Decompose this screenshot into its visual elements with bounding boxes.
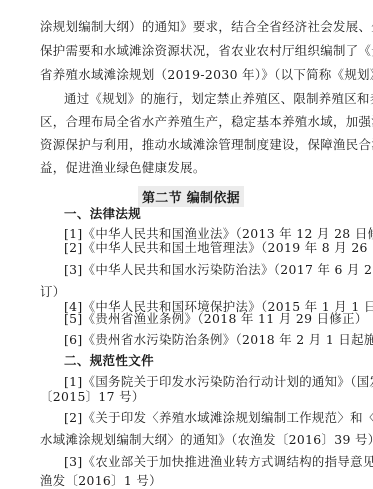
normative-item-2-cont: 水域滩涂规划编制大纲〉的通知》（农渔发〔2016〕39 号） [40, 432, 320, 448]
normative-item-1-cont: 〔2015〕17 号） [40, 389, 320, 405]
law-item-3: [3]《中华人民共和国水污染防治法》（2017 年 6 月 27 日修 [64, 262, 320, 278]
normative-item-3-cont: 渔发〔2016〕1 号） [40, 473, 320, 489]
intro-line-2: 保护需要和水域滩涂资源状况，省农业农村厅组织编制了《贵州 [40, 43, 320, 59]
intro-line-3: 省养殖水域滩涂规划（2019-2030 年）》（以下简称《规划》。 [40, 67, 320, 83]
normative-item-1: [1]《国务院关于印发水污染防治行动计划的通知》（国发 [64, 374, 320, 390]
law-item-3-cont: 订） [40, 284, 320, 300]
purpose-line-3: 资源保护与利用，推动水域滩涂管理制度建设，保障渔民合法权 [40, 137, 320, 153]
purpose-line-2: 区，合理布局全省水产养殖生产，稳定基本养殖水域，加强渔业 [40, 114, 320, 130]
law-item-2: [2]《中华人民共和国土地管理法》（2019 年 8 月 26 日修订） [64, 240, 320, 256]
document-page: 涂规划编制大纲）的通知》要求，结合全省经济社会发展、生态 保护需要和水域滩涂资源… [0, 0, 373, 489]
intro-line-1: 涂规划编制大纲）的通知》要求，结合全省经济社会发展、生态 [40, 19, 320, 35]
normative-item-2: [2]《关于印发〈养殖水域滩涂规划编制工作规范〉和〈养殖 [64, 410, 320, 426]
normative-item-3: [3]《农业部关于加快推进渔业转方式调结构的指导意见》（农 [64, 454, 320, 470]
section-heading: 第二节 编制依据 [138, 186, 244, 207]
purpose-line-1: 通过《规划》的施行，划定禁止养殖区、限制养殖区和养殖 [64, 91, 320, 107]
purpose-line-4: 益，促进渔业绿色健康发展。 [40, 160, 320, 176]
law-item-6: [6]《贵州省水污染防治条例》（2018 年 2 月 1 日起施行） [64, 332, 320, 348]
normative-title: 二、规范性文件 [64, 353, 320, 369]
law-item-5: [5]《贵州省渔业条例》（2018 年 11 月 29 日修正） [64, 311, 320, 327]
laws-title: 一、法律法规 [64, 206, 320, 222]
